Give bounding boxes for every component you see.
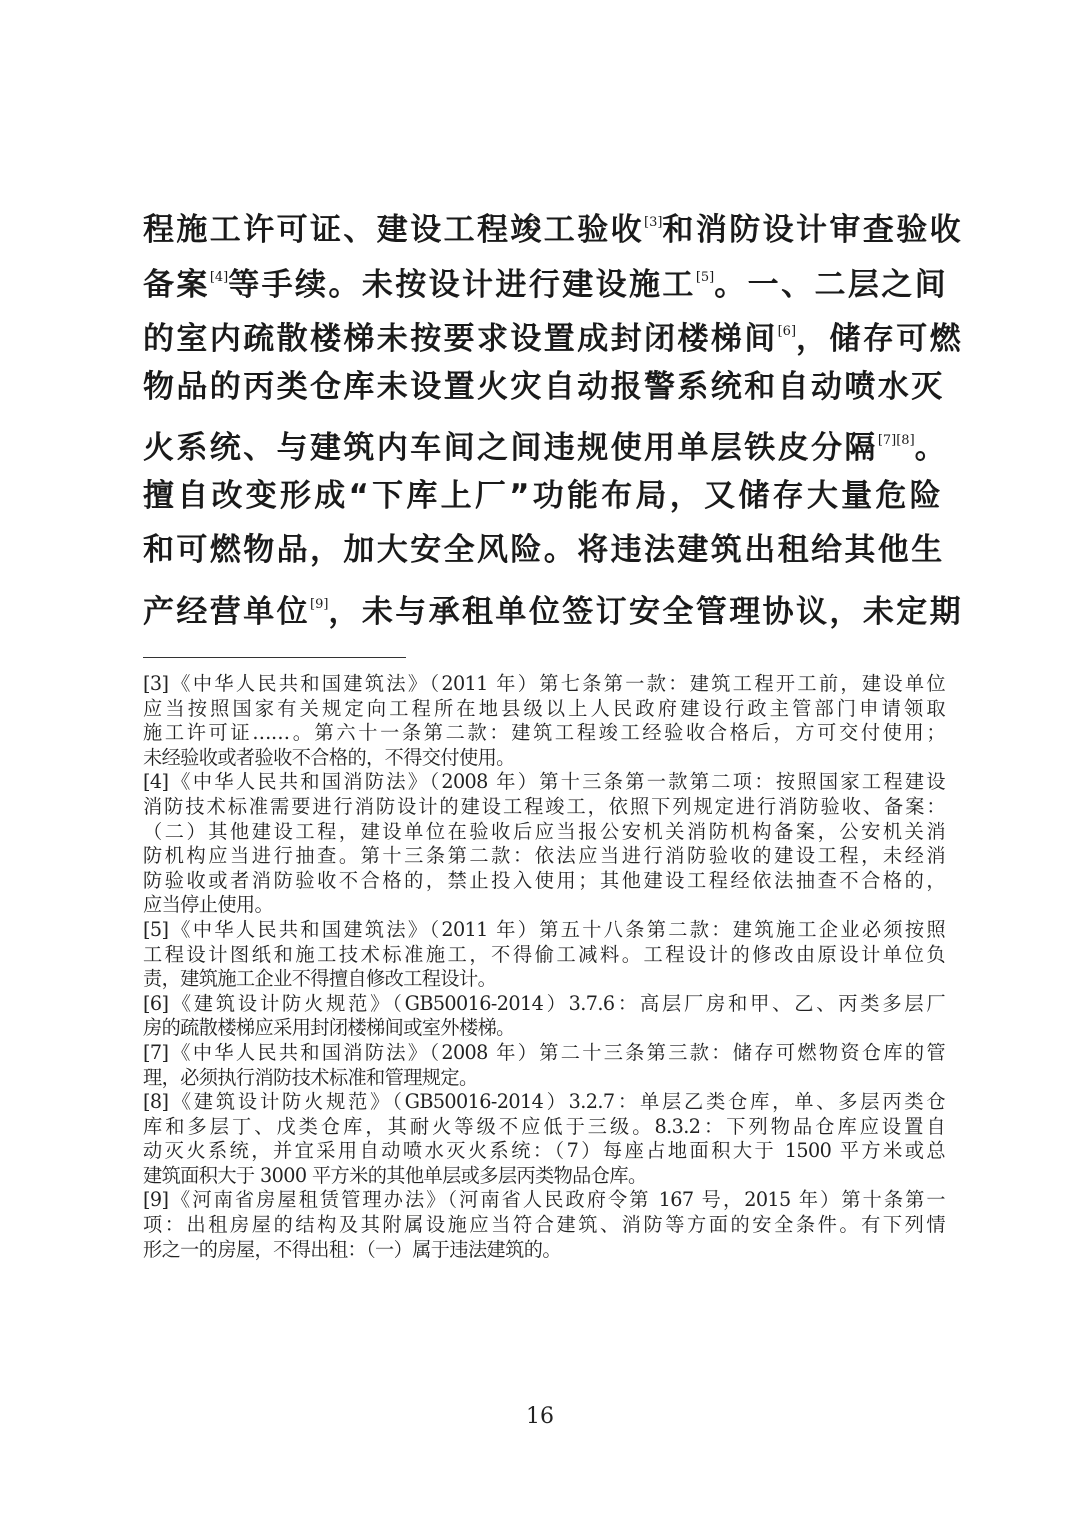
footnote-4-line: 消防技术标准需要进行消防设计的建设工程竣工，依照下列规定进行消防验收、备案：: [143, 795, 945, 820]
document-page: 程施工许可证、建设工程竣工验收[3]和消防设计审查验收 备案[4]等手续。未按设…: [0, 0, 1080, 1526]
body-line: 物品的丙类仓库未设置火灾自动报警系统和自动喷水灭: [143, 360, 943, 415]
body-line: 的室内疏散楼梯未按要求设置成封闭楼梯间[6]，储存可燃: [143, 305, 943, 360]
body-line: 产经营单位[9]，未与承租单位签订安全管理协议，未定期: [143, 578, 943, 633]
body-line: 程施工许可证、建设工程竣工验收[3]和消防设计审查验收: [143, 196, 943, 251]
footnote-8-line: 动灭火系统，并宜采用自动喷水灭火系统：（7）每座占地面积大于 1500 平方米或…: [143, 1139, 945, 1164]
footnote-4-line: 防机构应当进行抽查。第十三条第二款：依法应当进行消防验收的建设工程，未经消: [143, 844, 945, 869]
footnote-9-line: [9]《河南省房屋租赁管理办法》（河南省人民政府令第 167 号，2015 年）…: [143, 1188, 945, 1213]
footnote-8-line: [8]《建筑设计防火规范》（GB50016-2014）3.2.7：单层乙类仓库，…: [143, 1090, 945, 1115]
footnote-5-line: 责，建筑施工企业不得擅自修改工程设计。: [143, 967, 945, 992]
footnote-3-line: 施工许可证……。第六十一条第二款：建筑工程竣工经验收合格后，方可交付使用；: [143, 721, 945, 746]
footnote-9-line: 形之一的房屋，不得出租：（一）属于违法建筑的。: [143, 1238, 945, 1263]
footnote-6-line: 房的疏散楼梯应采用封闭楼梯间或室外楼梯。: [143, 1016, 945, 1041]
footnote-ref-4[interactable]: [4]: [210, 270, 228, 285]
footnote-5-line: [5]《中华人民共和国建筑法》（2011 年）第五十八条第二款：建筑施工企业必须…: [143, 918, 945, 943]
footnote-ref-5[interactable]: [5]: [696, 270, 714, 285]
footnote-separator: [143, 657, 406, 658]
body-line: 备案[4]等手续。未按设计进行建设施工[5]。一、二层之间: [143, 251, 943, 306]
footnotes: [3]《中华人民共和国建筑法》（2011 年）第七条第一款：建筑工程开工前，建设…: [143, 672, 945, 1262]
footnote-4-line: 应当停止使用。: [143, 893, 945, 918]
footnote-3-line: [3]《中华人民共和国建筑法》（2011 年）第七条第一款：建筑工程开工前，建设…: [143, 672, 945, 697]
footnote-ref-9[interactable]: [9]: [310, 597, 328, 612]
footnote-4-line: （二）其他建设工程，建设单位在验收后应当报公安机关消防机构备案，公安机关消: [143, 820, 945, 845]
footnote-8-line: 建筑面积大于 3000 平方米的其他单层或多层丙类物品仓库。: [143, 1164, 945, 1189]
footnote-7-line: [7]《中华人民共和国消防法》（2008 年）第二十三条第三款：储存可燃物资仓库…: [143, 1041, 945, 1066]
footnote-ref-6[interactable]: [6]: [778, 324, 796, 339]
footnote-5-line: 工程设计图纸和施工技术标准施工，不得偷工减料。工程设计的修改由原设计单位负: [143, 943, 945, 968]
page-number: 16: [0, 1404, 1080, 1429]
footnote-3-line: 未经验收或者验收不合格的，不得交付使用。: [143, 746, 945, 771]
body-line: 和可燃物品，加大安全风险。将违法建筑出租给其他生: [143, 523, 943, 578]
footnote-8-line: 库和多层丁、戊类仓库，其耐火等级不应低于三级。8.3.2：下列物品仓库应设置自: [143, 1115, 945, 1140]
footnote-7-line: 理，必须执行消防技术标准和管理规定。: [143, 1066, 945, 1091]
body-line: 擅自改变形成“下库上厂”功能布局，又储存大量危险: [143, 469, 943, 524]
footnote-4-line: [4]《中华人民共和国消防法》（2008 年）第十三条第一款第二项：按照国家工程…: [143, 770, 945, 795]
footnote-9-line: 项：出租房屋的结构及其附属设施应当符合建筑、消防等方面的安全条件。有下列情: [143, 1213, 945, 1238]
footnote-ref-7-8[interactable]: [7][8]: [878, 433, 915, 448]
footnote-ref-3[interactable]: [3]: [644, 215, 662, 230]
footnote-6-line: [6]《建筑设计防火规范》（GB50016-2014）3.7.6：高层厂房和甲、…: [143, 992, 945, 1017]
body-text: 程施工许可证、建设工程竣工验收[3]和消防设计审查验收 备案[4]等手续。未按设…: [143, 196, 943, 632]
footnote-4-line: 防验收或者消防验收不合格的，禁止投入使用；其他建设工程经依法抽查不合格的，: [143, 869, 945, 894]
footnote-3-line: 应当按照国家有关规定向工程所在地县级以上人民政府建设行政主管部门申请领取: [143, 697, 945, 722]
body-line: 火系统、与建筑内车间之间违规使用单层铁皮分隔[7][8]。: [143, 414, 943, 469]
